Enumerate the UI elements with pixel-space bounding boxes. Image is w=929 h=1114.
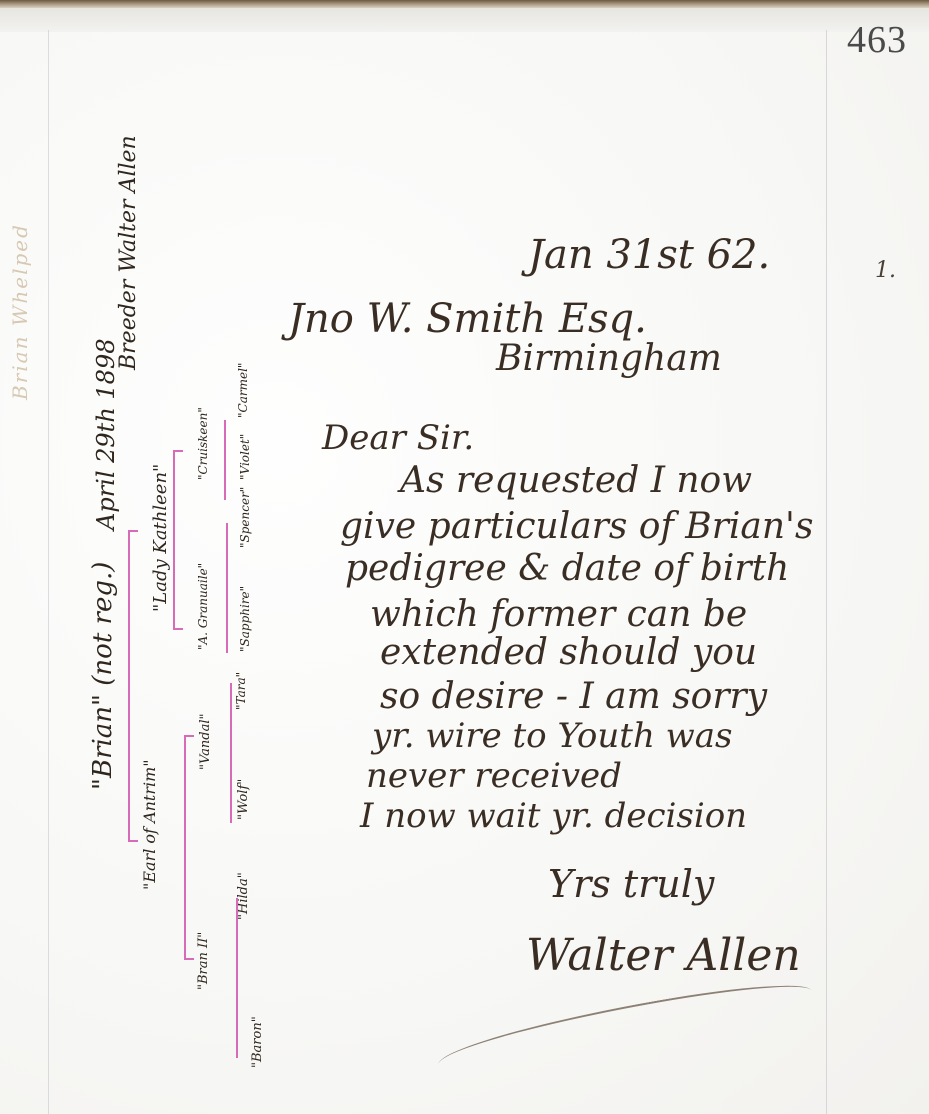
pedigree-bracket-line [226,523,228,653]
letter-body-line: never received [366,756,622,796]
pedigree-bracket-line [184,735,186,960]
pedigree-bracket-line [184,735,194,737]
pedigree-ancestor: "Tara" [234,672,248,710]
page-marker: 1. [875,258,896,283]
letter-location: Birmingham [496,338,722,379]
pedigree-bracket-line [184,958,194,960]
letter-body-line: As requested I now [400,460,752,501]
letter-page: Brian Whelped 463 1. Jan 31st 62. Jno W.… [0,0,929,1114]
pedigree-ancestor: "Baron" [250,1016,265,1068]
pedigree-ancestor: "Hilda" [236,872,251,920]
pedigree-sire-dam: "Vandal" [198,713,213,770]
folio-number: 463 [847,18,907,62]
pedigree-bracket-line [173,450,175,630]
pedigree-ancestor: "Wolf" [236,779,251,820]
pedigree-bracket-line [236,898,238,1058]
right-fold-line [826,30,827,1114]
pedigree-dam-dam: "Cruiskeen" [196,407,210,480]
letter-salutation: Dear Sir. [322,418,474,458]
pedigree-bracket-line [224,420,226,500]
letter-signature: Walter Allen [526,930,801,981]
letter-body-line: which former can be [370,594,747,635]
pedigree-ancestor: "Carmel" [236,363,250,418]
pedigree-sire-sire: "Bran II" [196,932,211,990]
pedigree-sire: "Earl of Antrim" [140,759,159,890]
pedigree-ancestor: "Spencer" [238,487,252,548]
pedigree-dam-sire: "A. Granuaile" [196,563,210,650]
pedigree-chart: "Brian" (not reg.) April 29th 1898 Breed… [0,0,320,1114]
pedigree-subject: "Brian" (not reg.) [88,562,118,790]
pedigree-bracket-line [173,450,183,452]
letter-closing: Yrs truly [548,862,714,906]
letter-body-line: give particulars of Brian's [340,506,813,547]
letter-addressee: Jno W. Smith Esq. [288,296,647,342]
pedigree-bracket-line [128,530,130,842]
letter-body-line: so desire - I am sorry [380,676,767,717]
letter-body-line: pedigree & date of birth [345,548,789,589]
letter-body-line: yr. wire to Youth was [372,716,733,756]
letter-body-line: extended should you [380,632,757,673]
letter-date: Jan 31st 62. [528,232,770,278]
pedigree-dam: "Lady Kathleen" [150,464,171,612]
pedigree-bracket-line [173,628,183,630]
pedigree-breeder: Breeder Walter Allen [116,135,141,370]
pedigree-bracket-line [230,683,232,823]
pedigree-ancestor: "Violet" [238,434,252,480]
signature-flourish [434,974,816,1081]
letter-body-line: I now wait yr. decision [360,796,747,836]
pedigree-ancestor: "Sapphire" [238,586,252,652]
pedigree-bracket-line [128,840,138,842]
pedigree-bracket-line [128,530,138,532]
